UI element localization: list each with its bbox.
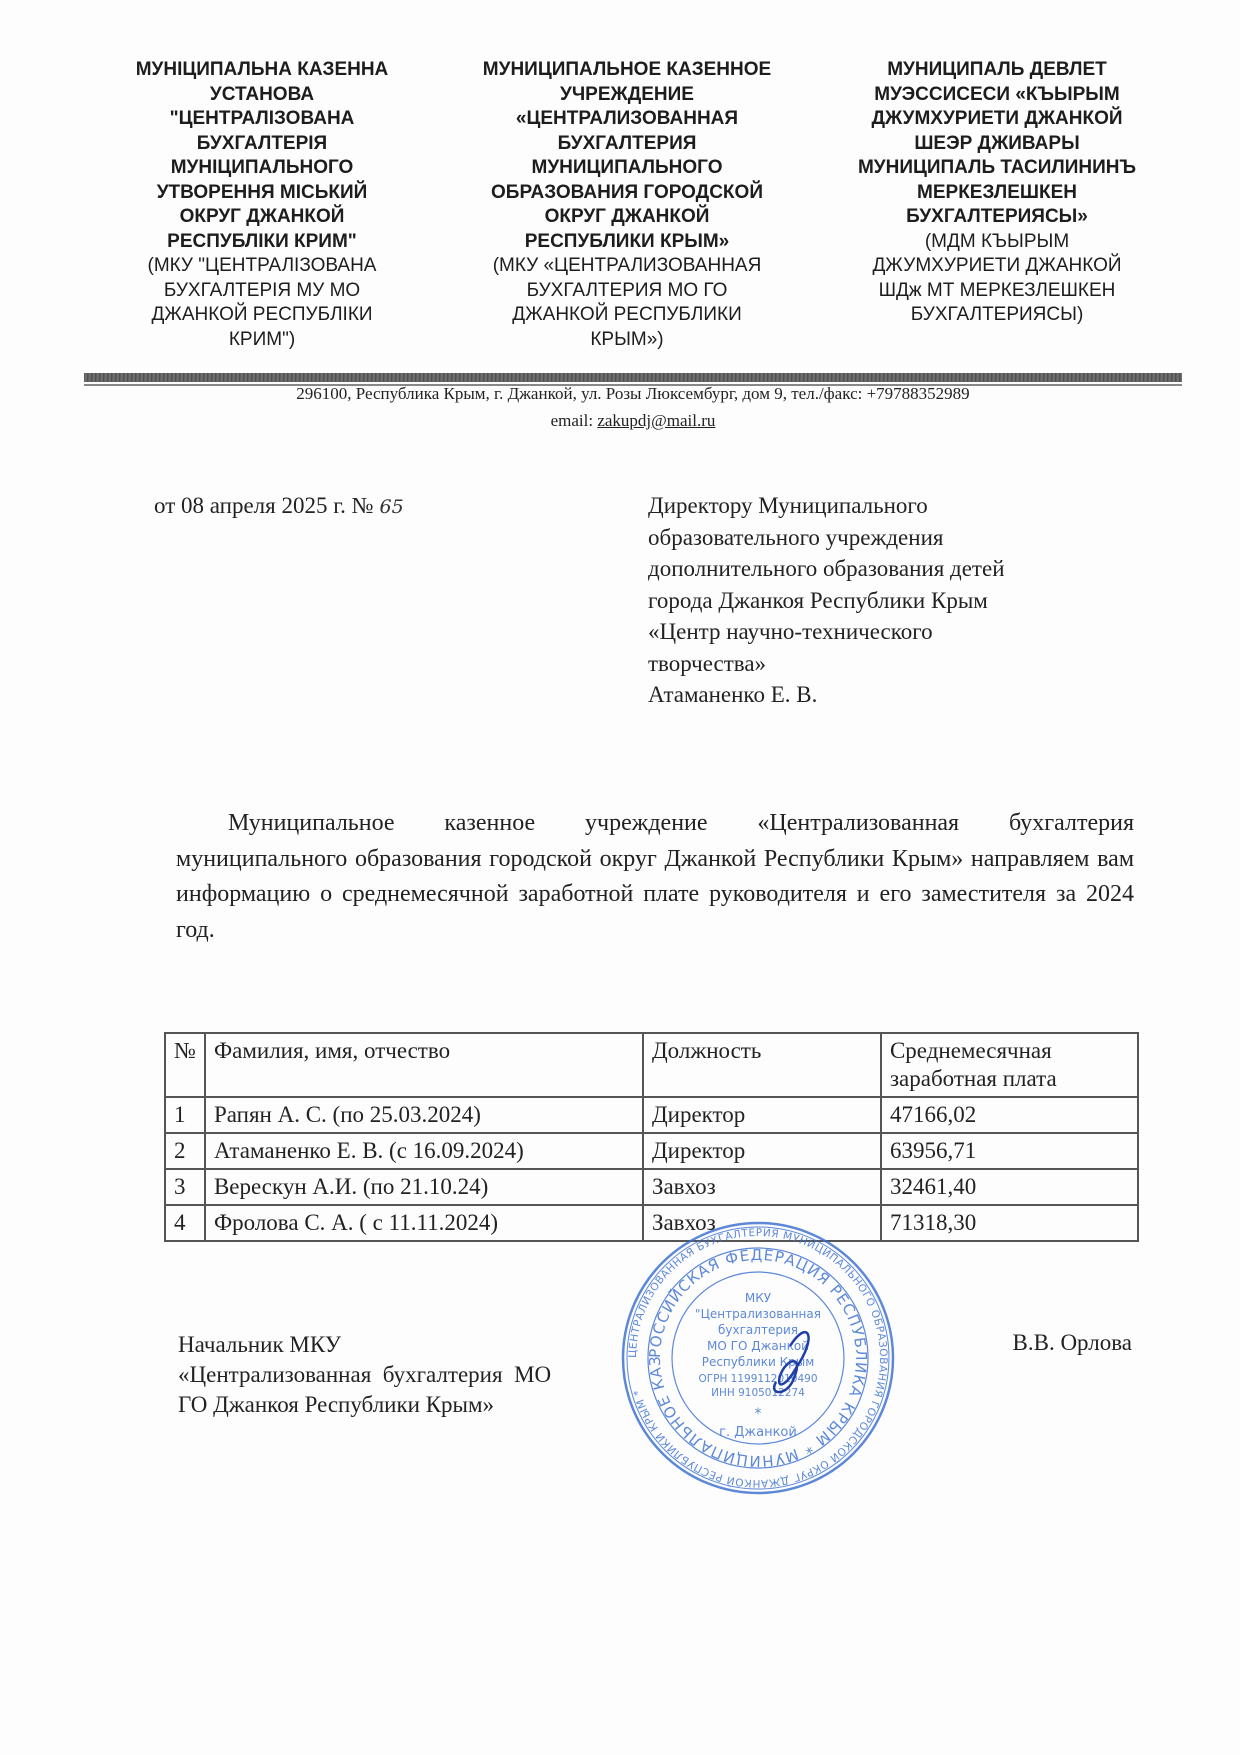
cell-name: Верескун А.И. (по 21.10.24) [205,1169,643,1205]
header-line: МЕРКЕЗЛЕШКЕН [822,181,1172,206]
header-line: МУНИЦИПАЛЬНОЕ КАЗЕННОЕ [447,58,807,83]
addressee-line: образовательного учреждения [648,522,1168,554]
header-line: БУХГАЛТЕРИЯ МО ГО [447,279,807,304]
header-line: БУХГАЛТЕРІЯ [92,132,432,157]
header-line: ОБРАЗОВАНИЯ ГОРОДСКОЙ [447,181,807,206]
header-line: (МКУ "ЦЕНТРАЛІЗОВАНА [92,254,432,279]
header-line: БУХГАЛТЕРІЯ МУ МО [92,279,432,304]
addressee-line: Атаманенко Е. В. [648,679,1168,711]
header-line: ШДж МТ МЕРКЕЗЛЕШКЕН [822,279,1172,304]
header-right-abbrev: (МДМ КЪЫРЫМ ДЖУМХУРИЕТИ ДЖАНКОЙ ШДж МТ М… [822,230,1172,328]
cell-number: 4 [165,1205,205,1241]
header-position: Должность [643,1033,881,1097]
addressee-line: творчества» [648,648,1168,680]
address-block: 296100, Республика Крым, г. Джанкой, ул.… [84,380,1182,434]
header-line: КРЫМ») [447,328,807,353]
stamp-center-line: ОГРН 1199112010490 [698,1373,817,1385]
header-line: БУХГАЛТЕРИЯСЫ) [822,303,1172,328]
signatory-line: Начальник МКУ [178,1330,551,1360]
stamp-center-line: МКУ [745,1291,772,1305]
email-label: email: [551,411,598,430]
stamp-center-line: "Централизованная [695,1307,821,1321]
header-line: УТВОРЕННЯ МІСЬКИЙ [92,181,432,206]
header-line: УЧРЕЖДЕНИЕ [447,83,807,108]
header-line: ШЕЭР ДЖИВАРЫ [822,132,1172,157]
table-row: 3 Верескун А.И. (по 21.10.24) Завхоз 324… [165,1169,1138,1205]
header-line: МУЭССИСЕСИ «КЪЫРЫМ [822,83,1172,108]
header-line: ОКРУГ ДЖАНКОЙ [92,205,432,230]
svg-text:*: * [755,1406,762,1422]
header-line: КРИМ") [92,328,432,353]
cell-name: Атаманенко Е. В. (с 16.09.2024) [205,1133,643,1169]
header-mid-abbrev: (МКУ «ЦЕНТРАЛИЗОВАННАЯ БУХГАЛТЕРИЯ МО ГО… [447,254,807,352]
header-number: № [165,1033,205,1097]
cell-number: 1 [165,1097,205,1133]
header-line: МУНИЦИПАЛЬ ДЕВЛЕТ [822,58,1172,83]
cell-salary: 47166,02 [881,1097,1138,1133]
body-paragraph: Муниципальное казенное учреждение «Центр… [176,806,1134,948]
header-russian-name: МУНИЦИПАЛЬНОЕ КАЗЕННОЕ УЧРЕЖДЕНИЕ «ЦЕНТР… [447,58,807,352]
cell-position: Директор [643,1097,881,1133]
salary-table: № Фамилия, имя, отчество Должность Средн… [164,1032,1139,1242]
cell-salary: 32461,40 [881,1169,1138,1205]
date-text: от 08 апреля 2025 г. № [154,493,374,518]
header-full-name: Фамилия, имя, отчество [205,1033,643,1097]
header-line: УСТАНОВА [92,83,432,108]
header-line: ДЖУМХУРИЕТИ ДЖАНКОЙ [822,254,1172,279]
addressee-line: «Центр научно-технического [648,616,1168,648]
addressee-line: дополнительного образования детей [648,553,1168,585]
stamp-city: г. Джанкой [719,1425,797,1440]
cell-position: Директор [643,1133,881,1169]
header-line: ДЖАНКОЙ РЕСПУБЛІКИ [92,303,432,328]
header-ukrainian-name: МУНІЦИПАЛЬНА КАЗЕННА УСТАНОВА "ЦЕНТРАЛІЗ… [92,58,432,352]
letter-number: 65 [380,496,404,518]
header-left-bold: МУНІЦИПАЛЬНА КАЗЕННА УСТАНОВА "ЦЕНТРАЛІЗ… [92,58,432,254]
official-stamp-icon: ЦЕНТРАЛИЗОВАННАЯ БУХГАЛТЕРИЯ МУНИЦИПАЛЬН… [618,1218,898,1498]
header-line: БУХГАЛТЕРИЯСЫ» [822,205,1172,230]
letter-page: МУНІЦИПАЛЬНА КАЗЕННА УСТАНОВА "ЦЕНТРАЛІЗ… [0,0,1240,1755]
cell-position: Завхоз [643,1169,881,1205]
signatory-title: Начальник МКУ «Централизованная бухгалте… [178,1330,551,1420]
addressee-block: Директору Муниципального образовательног… [648,490,1168,711]
header-line: (МДМ КЪЫРЫМ [822,230,1172,255]
header-line: ОКРУГ ДЖАНКОЙ [447,205,807,230]
header-line: «ЦЕНТРАЛИЗОВАННАЯ [447,107,807,132]
letter-date: от 08 апреля 2025 г. №65 [154,493,404,519]
stamp-center-line: бухгалтерия [718,1323,798,1337]
cell-salary: 63956,71 [881,1133,1138,1169]
postal-address: 296100, Республика Крым, г. Джанкой, ул.… [84,380,1182,407]
header-crimean-tatar-name: МУНИЦИПАЛЬ ДЕВЛЕТ МУЭССИСЕСИ «КЪЫРЫМ ДЖУ… [822,58,1172,328]
header-line: (МКУ «ЦЕНТРАЛИЗОВАННАЯ [447,254,807,279]
signatory-line: «Централизованная бухгалтерия МО [178,1360,551,1390]
email-link[interactable]: zakupdj@mail.ru [597,411,715,430]
header-left-abbrev: (МКУ "ЦЕНТРАЛІЗОВАНА БУХГАЛТЕРІЯ МУ МО Д… [92,254,432,352]
table-header-row: № Фамилия, имя, отчество Должность Средн… [165,1033,1138,1097]
cell-name: Фролова С. А. ( с 11.11.2024) [205,1205,643,1241]
header-right-bold: МУНИЦИПАЛЬ ДЕВЛЕТ МУЭССИСЕСИ «КЪЫРЫМ ДЖУ… [822,58,1172,230]
header-line: МУНІЦИПАЛЬНОГО [92,156,432,181]
letter-body: Муниципальное казенное учреждение «Центр… [176,806,1134,948]
header-line: ДЖУМХУРИЕТИ ДЖАНКОЙ [822,107,1172,132]
header-line: МУНИЦИПАЛЬ ТАСИЛИНИНЪ [822,156,1172,181]
email-line: email: zakupdj@mail.ru [84,407,1182,434]
addressee-line: города Джанкоя Республики Крым [648,585,1168,617]
cell-salary: 71318,30 [881,1205,1138,1241]
addressee-line: Директору Муниципального [648,490,1168,522]
table-row: 2 Атаманенко Е. В. (с 16.09.2024) Директ… [165,1133,1138,1169]
header-mid-bold: МУНИЦИПАЛЬНОЕ КАЗЕННОЕ УЧРЕЖДЕНИЕ «ЦЕНТР… [447,58,807,254]
header-salary: Среднемесячная заработная плата [881,1033,1138,1097]
signatory-name: В.В. Орлова [1013,1330,1132,1356]
header-line: РЕСПУБЛИКИ КРЫМ» [447,230,807,255]
stamp-center-line: ИНН 9105012274 [711,1387,805,1399]
table-row: 1 Рапян А. С. (по 25.03.2024) Директор 4… [165,1097,1138,1133]
header-line: МУНИЦИПАЛЬНОГО [447,156,807,181]
header-line: "ЦЕНТРАЛІЗОВАНА [92,107,432,132]
header-line: РЕСПУБЛІКИ КРИМ" [92,230,432,255]
signatory-line: ГО Джанкоя Республики Крым» [178,1390,551,1420]
cell-name: Рапян А. С. (по 25.03.2024) [205,1097,643,1133]
header-line: БУХГАЛТЕРИЯ [447,132,807,157]
cell-number: 3 [165,1169,205,1205]
header-line: ДЖАНКОЙ РЕСПУБЛИКИ [447,303,807,328]
header-line: МУНІЦИПАЛЬНА КАЗЕННА [92,58,432,83]
cell-number: 2 [165,1133,205,1169]
